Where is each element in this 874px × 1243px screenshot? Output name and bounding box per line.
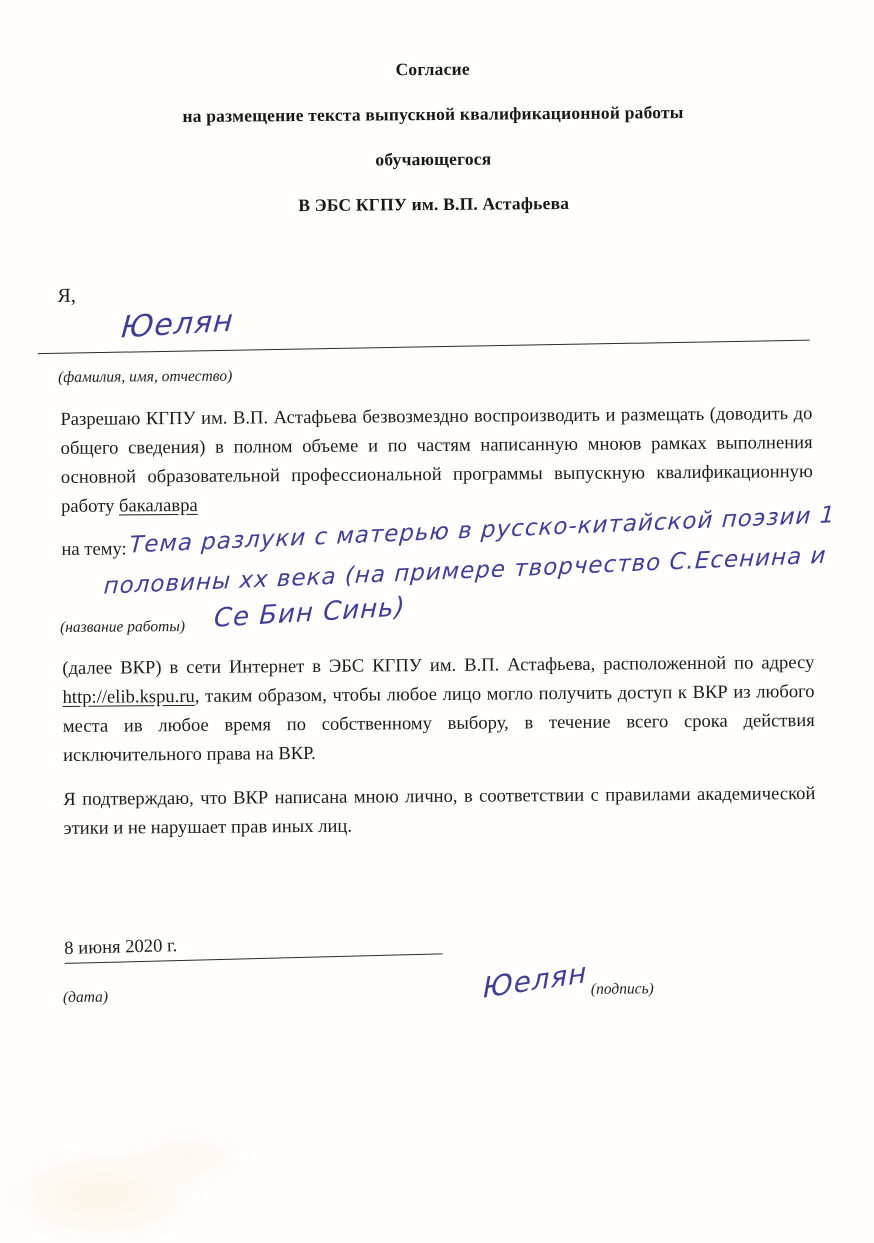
handwritten-topic-line-3: Се Бин Синь) (213, 592, 406, 634)
form-subtitle-library: В ЭБС КГПУ им. В.П. Астафьева (0, 192, 871, 218)
elib-url: http://elib.kspu.ru (63, 686, 195, 708)
degree-underlined: бакалавра (119, 495, 198, 517)
date-value: 8 июня 2020 г. (64, 935, 177, 959)
handwritten-name: Юелян (120, 303, 235, 345)
permission-paragraph: Разрешаю КГПУ им. В.П. Астафьева безвозм… (60, 399, 813, 521)
handwritten-signature: Юелян (483, 956, 588, 1005)
access-text-before: (далее ВКР) в сети Интернет в ЭБС КГПУ и… (62, 652, 814, 679)
access-paragraph: (далее ВКР) в сети Интернет в ЭБС КГПУ и… (62, 648, 815, 770)
date-caption: (дата) (63, 989, 108, 1007)
name-caption: (фамилия, имя, отчество) (58, 368, 232, 387)
signature-caption: (подпись) (591, 980, 654, 998)
topic-caption: (название работы) (60, 618, 185, 637)
date-fill-line: 8 июня 2020 г. (64, 925, 443, 964)
form-subtitle-student: обучающегося (0, 147, 870, 173)
form-header: Согласие на размещение текста выпускной … (0, 57, 871, 244)
scanned-consent-form: Согласие на размещение текста выпускной … (0, 0, 874, 1243)
topic-label: на тему: (61, 538, 126, 561)
form-title: Согласие (0, 57, 870, 83)
confirmation-paragraph: Я подтверждаю, что ВКР написана мною лич… (63, 779, 815, 843)
declarant-pronoun: Я, (57, 285, 76, 308)
scan-content: Согласие на размещение текста выпускной … (0, 0, 874, 1243)
form-subtitle-placement: на размещение текста выпускной квалифика… (0, 102, 870, 128)
